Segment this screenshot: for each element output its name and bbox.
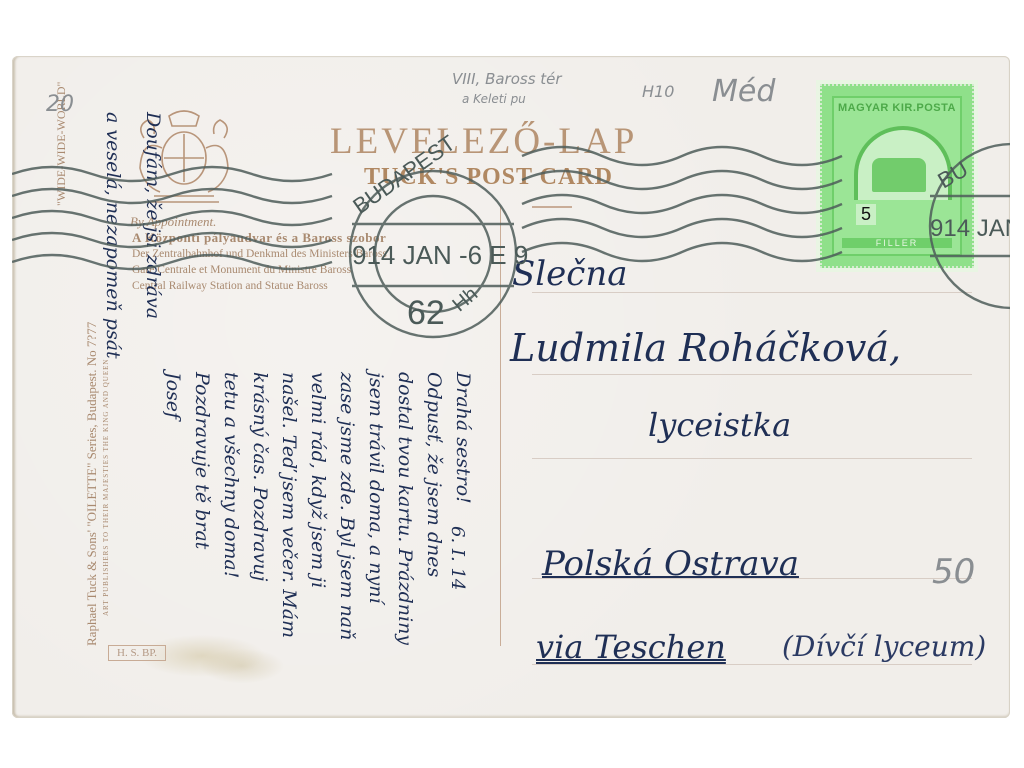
postmark-date: 914 JAN -6 E 9 xyxy=(352,240,528,270)
postmark-cancellation: 914 JAN -6 E 9 62 Hh BUDAPEST 914 JAN BU xyxy=(12,56,1010,718)
postmark-suffix: Hh xyxy=(448,283,482,316)
postmark-right-date: 914 JAN xyxy=(930,215,1010,242)
postcard: By Appointment. A Központi pályaudvar és… xyxy=(12,56,1010,718)
postmark-number: 62 xyxy=(407,294,445,332)
postmark-city: BUDAPEST xyxy=(348,130,459,219)
